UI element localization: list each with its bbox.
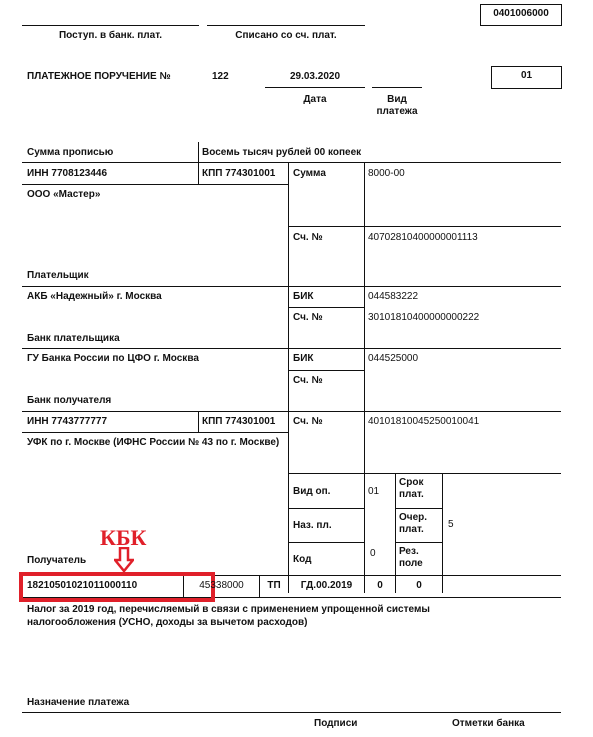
grid-line [364, 163, 365, 593]
payee-account-label: Сч. № [293, 416, 323, 428]
grid-line [22, 432, 288, 433]
payee-bank-bik-label: БИК [293, 353, 313, 365]
grid-line [22, 348, 561, 349]
code-value: 0 [370, 548, 376, 560]
grid-line [288, 473, 561, 474]
bank-marks-label: Отметки банка [452, 718, 525, 730]
priority-label: Очер. плат. [399, 512, 439, 536]
op-type-label: Вид оп. [293, 486, 330, 498]
page-title: ПЛАТЕЖНОЕ ПОРУЧЕНИЕ № [27, 71, 171, 83]
amount-words-value: Восемь тысяч рублей 00 копеек [202, 147, 361, 159]
sum-value: 8000-00 [368, 168, 405, 180]
payee-name: УФК по г. Москве (ИФНС России № 43 по г.… [27, 437, 279, 449]
grid-line [198, 411, 199, 432]
grid-line [22, 184, 288, 185]
reserve-label: Рез. поле [399, 546, 439, 570]
payment-type-label: Вид платежа [372, 94, 422, 118]
grid-line [288, 307, 364, 308]
oktmo-value: 45338000 [184, 580, 259, 592]
sum-label: Сумма [293, 168, 326, 180]
tax-period-value: ГД.00.2019 [289, 580, 364, 592]
priority-value: 5 [448, 519, 454, 531]
date-line [265, 87, 365, 88]
kbk-annotation-label: КБК [100, 527, 146, 549]
payee-label: Получатель [27, 555, 86, 567]
grid-line [288, 370, 364, 371]
payer-bank-bik-label: БИК [293, 291, 313, 303]
payer-bank-account-value: 30101810400000000222 [368, 312, 479, 324]
due-label: Срок плат. [399, 477, 439, 501]
doc-date-value: 0 [396, 580, 442, 592]
form-code-box: 0401006000 [480, 4, 562, 26]
date-label: Дата [265, 94, 365, 106]
signatures-label: Подписи [314, 718, 357, 730]
payee-inn: ИНН 7743777777 [27, 416, 107, 428]
debited-label: Списано со сч. плат. [207, 30, 365, 42]
order-number: 122 [212, 71, 229, 83]
payer-bank-bik-value: 044583222 [368, 291, 418, 303]
grid-line [288, 508, 364, 509]
grid-line [22, 411, 561, 412]
order-date: 29.03.2020 [265, 71, 365, 83]
payer-account-label: Сч. № [293, 232, 323, 244]
code-label: Код [293, 554, 311, 566]
payer-bank-label: Банк плательщика [27, 333, 120, 345]
tax-basis-value: ТП [260, 580, 288, 592]
grid-line [288, 542, 364, 543]
payer-inn: ИНН 7708123446 [27, 168, 107, 180]
op-type-value: 01 [368, 486, 379, 498]
payee-bank-name: ГУ Банка России по ЦФО г. Москва [27, 353, 199, 365]
payment-type-line [372, 87, 422, 88]
payer-name: ООО «Мастер» [27, 189, 100, 201]
grid-line [22, 162, 561, 163]
grid-line [395, 508, 442, 509]
payee-account-value: 40101810045250010041 [368, 416, 479, 428]
grid-line [288, 163, 289, 593]
grid-line [22, 712, 561, 713]
form-code: 0401006000 [493, 8, 549, 19]
payee-bank-label: Банк получателя [27, 395, 111, 407]
payment-purpose-label: Назначение платежа [27, 697, 129, 709]
arrow-down-icon [114, 547, 134, 573]
payee-bank-bik-value: 044525000 [368, 353, 418, 365]
received-label: Поступ. в банк. плат. [22, 30, 199, 42]
grid-line [22, 286, 561, 287]
grid-line [198, 142, 199, 163]
payer-status: 01 [521, 70, 532, 81]
grid-line [395, 542, 442, 543]
payer-status-box: 01 [491, 66, 562, 89]
payer-bank-account-label: Сч. № [293, 312, 323, 324]
payee-kpp: КПП 774301001 [202, 416, 275, 428]
payer-label: Плательщик [27, 270, 89, 282]
amount-words-label: Сумма прописью [27, 147, 113, 159]
debited-line [207, 25, 365, 26]
payer-account-value: 40702810400000001113 [368, 232, 478, 244]
payer-kpp: КПП 774301001 [202, 168, 275, 180]
purpose-code-label: Наз. пл. [293, 520, 332, 532]
grid-line [198, 163, 199, 184]
payee-bank-account-label: Сч. № [293, 375, 323, 387]
payer-bank-name: АКБ «Надежный» г. Москва [27, 291, 162, 303]
payment-purpose-text: Налог за 2019 год, перечисляемый в связи… [27, 603, 507, 629]
doc-number-value: 0 [365, 580, 395, 592]
grid-line [288, 226, 561, 227]
received-line [22, 25, 199, 26]
